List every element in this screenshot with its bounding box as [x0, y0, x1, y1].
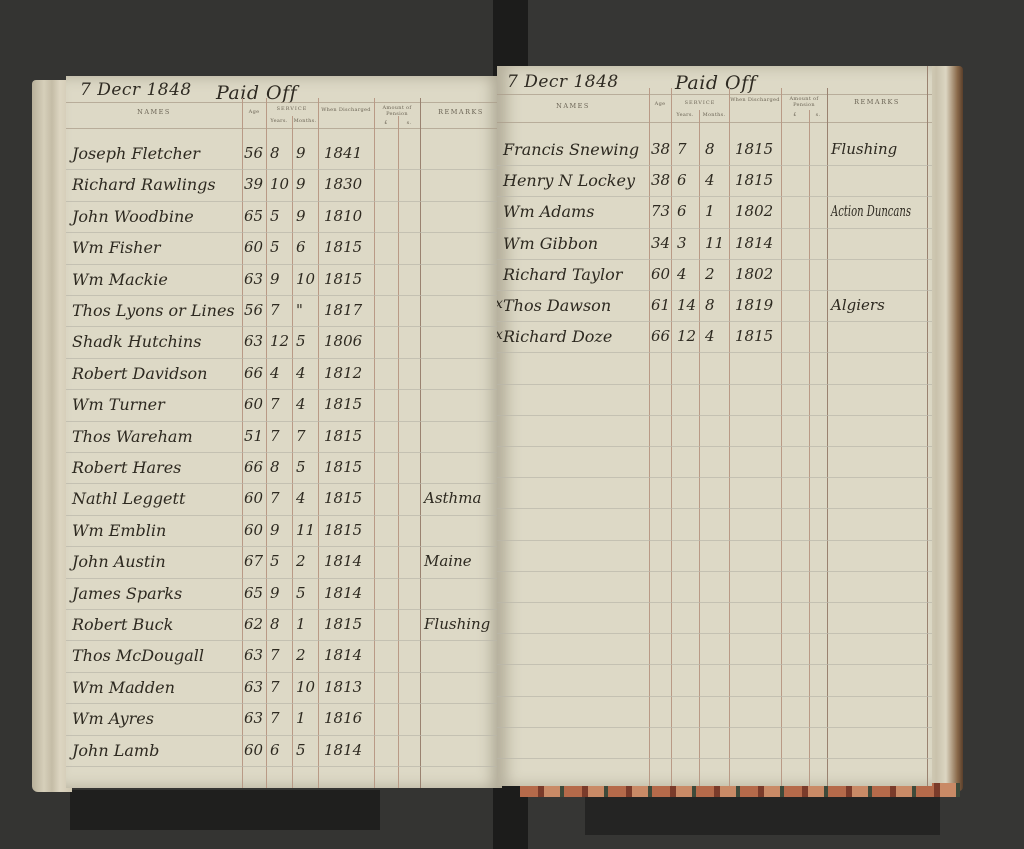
cell-name: Robert Hares: [72, 458, 181, 477]
cell-age: 60: [651, 265, 670, 283]
cell-name: Thos Wareham: [72, 427, 193, 446]
header-rule-top: [66, 102, 502, 103]
cell-remarks: Maine: [424, 552, 472, 570]
table-row: John Woodbine65591810: [66, 203, 502, 234]
cell-name: John Woodbine: [72, 207, 194, 226]
col-header-service: SERVICE: [671, 100, 729, 106]
cell-age: 63: [244, 332, 263, 350]
cell-service-years: 7: [677, 140, 687, 158]
table-row: Wm Emblin609111815: [66, 517, 502, 548]
cell-discharged: 1814: [324, 741, 362, 759]
col-header-years: Years.: [671, 112, 699, 118]
cell-service-years: 7: [270, 489, 280, 507]
table-row: Richard Rawlings391091830: [66, 171, 502, 202]
cell-service-months: 4: [705, 171, 715, 189]
col-header-pension-shillings: s.: [809, 112, 827, 118]
cell-discharged: 1812: [324, 364, 362, 382]
cell-service-years: 7: [270, 301, 280, 319]
cell-discharged: 1802: [735, 202, 773, 220]
cell-name: Thos McDougall: [72, 646, 204, 665]
table-row: Francis Snewing38781815Flushing: [497, 136, 932, 167]
col-header-names: NAMES: [497, 103, 649, 111]
col-header-amount-of-pension: Amount of Pension: [374, 105, 420, 117]
cell-service-years: 10: [270, 175, 289, 193]
cell-service-months: 11: [705, 234, 724, 252]
ledger-page-left: 7 Decr 1848 Paid Off NAMES Age SERVICE Y…: [66, 76, 502, 788]
table-row: Richard Taylor60421802: [497, 261, 932, 292]
cell-service-years: 7: [270, 427, 280, 445]
cell-discharged: 1813: [324, 678, 362, 696]
cell-remarks: Algiers: [831, 296, 885, 314]
cell-service-months: ": [296, 301, 303, 319]
cell-age: 60: [244, 489, 263, 507]
cell-service-months: 8: [705, 140, 715, 158]
cell-discharged: 1815: [324, 427, 362, 445]
cell-service-years: 7: [270, 395, 280, 413]
table-row: Nathl Leggett60741815Asthma: [66, 485, 502, 516]
cell-age: 38: [651, 140, 670, 158]
col-header-months: Months.: [292, 118, 318, 124]
ruled-line: [497, 446, 932, 447]
cell-service-months: 1: [705, 202, 715, 220]
cell-age: 63: [244, 270, 263, 288]
cell-name: Nathl Leggett: [72, 489, 185, 508]
cell-remarks: Flushing: [424, 615, 490, 633]
col-header-years: Years.: [266, 118, 292, 124]
cell-service-months: 4: [296, 364, 306, 382]
cell-service-months: 2: [296, 646, 306, 664]
table-row: John Lamb60651814: [66, 737, 502, 768]
cell-discharged: 1815: [324, 521, 362, 539]
ruled-line: [497, 696, 932, 697]
ledger-page-right: 7 Decr 1848 Paid Off NAMES Age SERVICE Y…: [497, 66, 932, 786]
table-row: Robert Buck62811815Flushing: [66, 611, 502, 642]
cell-service-months: 9: [296, 207, 306, 225]
cell-service-months: 10: [296, 270, 315, 288]
cell-service-years: 8: [270, 144, 280, 162]
table-row: Thos McDougall63721814: [66, 642, 502, 673]
cell-discharged: 1802: [735, 265, 773, 283]
cell-name: Robert Davidson: [72, 364, 207, 383]
cell-service-years: 14: [677, 296, 696, 314]
cell-age: 38: [651, 171, 670, 189]
cell-service-years: 6: [270, 741, 280, 759]
cell-service-months: 5: [296, 332, 306, 350]
col-header-when-discharged: When Discharged: [318, 107, 374, 113]
cell-service-years: 7: [270, 709, 280, 727]
cell-service-months: 1: [296, 709, 306, 727]
cell-discharged: 1815: [735, 140, 773, 158]
cell-remarks: Asthma: [424, 489, 481, 507]
cell-name: Wm Ayres: [72, 709, 154, 728]
cell-discharged: 1816: [324, 709, 362, 727]
cell-name: Wm Madden: [72, 678, 175, 697]
ruled-line: [497, 633, 932, 634]
cell-remarks: Flushing: [831, 140, 897, 158]
cell-age: 63: [244, 678, 263, 696]
col-header-age: Age: [242, 109, 266, 115]
cell-name: Thos Dawson: [503, 296, 611, 315]
col-header-when-discharged: When Discharged: [729, 97, 781, 103]
ruled-line: [497, 727, 932, 728]
cell-discharged: 1815: [324, 458, 362, 476]
table-row: Wm Gibbon343111814: [497, 230, 932, 261]
table-row: Henry N Lockey38641815: [497, 167, 932, 198]
cell-age: 67: [244, 552, 263, 570]
cell-name: Wm Adams: [503, 202, 594, 221]
cell-name: Shadk Hutchins: [72, 332, 201, 351]
cell-service-months: 4: [296, 395, 306, 413]
cell-name: John Lamb: [72, 741, 159, 760]
table-row: Joseph Fletcher56891841: [66, 140, 502, 171]
cell-age: 56: [244, 144, 263, 162]
cell-discharged: 1814: [735, 234, 773, 252]
col-header-age: Age: [649, 101, 671, 107]
header-rule-top: [497, 94, 932, 95]
cell-discharged: 1815: [324, 238, 362, 256]
ruled-line: [497, 758, 932, 759]
cell-service-months: 5: [296, 458, 306, 476]
cell-discharged: 1814: [324, 552, 362, 570]
cell-name: Wm Fisher: [72, 238, 161, 257]
cell-age: 34: [651, 234, 670, 252]
cell-service-months: 10: [296, 678, 315, 696]
cell-name: Joseph Fletcher: [72, 144, 200, 163]
cell-age: 60: [244, 238, 263, 256]
cell-discharged: 1817: [324, 301, 362, 319]
cell-service-months: 9: [296, 144, 306, 162]
cell-age: 66: [244, 458, 263, 476]
cell-discharged: 1815: [735, 327, 773, 345]
col-header-service: SERVICE: [266, 106, 318, 112]
cell-discharged: 1815: [735, 171, 773, 189]
cell-age: 60: [244, 521, 263, 539]
table-row: Wm Ayres63711816: [66, 705, 502, 736]
header-rule-bottom: [497, 122, 932, 123]
col-header-months: Months.: [699, 112, 729, 118]
table-row: Wm Fisher60561815: [66, 234, 502, 265]
cell-service-years: 6: [677, 171, 687, 189]
cell-service-years: 12: [270, 332, 289, 350]
ruled-line: [497, 602, 932, 603]
table-row: James Sparks65951814: [66, 580, 502, 611]
cell-discharged: 1810: [324, 207, 362, 225]
cell-service-years: 3: [677, 234, 687, 252]
cell-name: Wm Gibbon: [503, 234, 598, 253]
cell-discharged: 1830: [324, 175, 362, 193]
table-row: Thos Lyons or Lines567"1817: [66, 297, 502, 328]
table-row: Thos Wareham51771815: [66, 423, 502, 454]
cell-service-months: 5: [296, 741, 306, 759]
table-row: Shadk Hutchins631251806: [66, 328, 502, 359]
ruled-line: [497, 415, 932, 416]
cell-name: Wm Emblin: [72, 521, 166, 540]
table-row: Wm Mackie639101815: [66, 266, 502, 297]
cell-age: 39: [244, 175, 263, 193]
cell-service-months: 7: [296, 427, 306, 445]
cell-age: 60: [244, 741, 263, 759]
cell-service-months: 5: [296, 584, 306, 602]
ruled-line: [497, 508, 932, 509]
cell-service-years: 7: [270, 646, 280, 664]
cell-discharged: 1819: [735, 296, 773, 314]
ruled-line: [497, 571, 932, 572]
table-row: Robert Hares66851815: [66, 454, 502, 485]
cell-discharged: 1841: [324, 144, 362, 162]
cell-age: 66: [244, 364, 263, 382]
table-row: John Austin67521814Maine: [66, 548, 502, 579]
cell-service-months: 2: [296, 552, 306, 570]
cell-service-years: 8: [270, 458, 280, 476]
cell-age: 61: [651, 296, 670, 314]
cell-age: 63: [244, 709, 263, 727]
table-row: Wm Madden637101813: [66, 674, 502, 705]
col-header-names: NAMES: [66, 109, 242, 117]
cell-discharged: 1815: [324, 615, 362, 633]
book-shadow-left: [70, 790, 380, 830]
table-row: xRichard Doze661241815: [497, 323, 932, 354]
cell-service-months: 8: [705, 296, 715, 314]
col-header-remarks: REMARKS: [827, 99, 927, 107]
cell-discharged: 1814: [324, 584, 362, 602]
cell-discharged: 1815: [324, 395, 362, 413]
ruled-line: [497, 477, 932, 478]
cell-service-years: 4: [677, 265, 687, 283]
cell-service-months: 11: [296, 521, 315, 539]
cell-service-years: 4: [270, 364, 280, 382]
cell-name: Richard Taylor: [503, 265, 622, 284]
cell-age: 60: [244, 395, 263, 413]
cell-age: 56: [244, 301, 263, 319]
cell-age: 62: [244, 615, 263, 633]
table-row: Wm Adams73611802Action Duncans: [497, 198, 932, 229]
cell-discharged: 1806: [324, 332, 362, 350]
page-title: Paid Off: [675, 72, 756, 94]
col-header-pension-pounds: £: [374, 120, 398, 126]
cell-age: 66: [651, 327, 670, 345]
page-title: Paid Off: [216, 82, 297, 104]
cell-service-months: 6: [296, 238, 306, 256]
cell-service-years: 7: [270, 678, 280, 696]
cell-age: 51: [244, 427, 263, 445]
cell-service-months: 4: [296, 489, 306, 507]
ruled-line: [497, 664, 932, 665]
cell-service-years: 5: [270, 207, 280, 225]
header-rule-bottom: [66, 128, 502, 129]
col-header-amount-of-pension: Amount of Pension: [781, 96, 827, 108]
cell-service-years: 12: [677, 327, 696, 345]
cell-discharged: 1815: [324, 489, 362, 507]
col-header-pension-pounds: £: [781, 112, 809, 118]
cell-service-years: 9: [270, 270, 280, 288]
cell-age: 65: [244, 207, 263, 225]
ruled-line: [497, 540, 932, 541]
cell-service-years: 5: [270, 238, 280, 256]
cell-name: Henry N Lockey: [503, 171, 635, 190]
cell-service-years: 9: [270, 521, 280, 539]
table-row: Robert Davidson66441812: [66, 360, 502, 391]
cell-service-months: 4: [705, 327, 715, 345]
cell-name: Richard Doze: [503, 327, 612, 346]
cell-name: John Austin: [72, 552, 166, 571]
cell-service-months: 1: [296, 615, 306, 633]
cell-service-years: 6: [677, 202, 687, 220]
cell-remarks: Action Duncans: [831, 202, 911, 220]
cell-service-months: 9: [296, 175, 306, 193]
cell-service-years: 5: [270, 552, 280, 570]
cell-name: Thos Lyons or Lines: [72, 301, 235, 320]
page-date: 7 Decr 1848: [80, 80, 192, 100]
cell-name: Wm Turner: [72, 395, 165, 414]
cell-name: Richard Rawlings: [72, 175, 216, 194]
cell-discharged: 1815: [324, 270, 362, 288]
cell-service-years: 9: [270, 584, 280, 602]
cell-name: Francis Snewing: [503, 140, 639, 159]
ruled-line: [497, 384, 932, 385]
cell-age: 65: [244, 584, 263, 602]
cell-service-months: 2: [705, 265, 715, 283]
col-header-pension-shillings: s.: [398, 120, 420, 126]
cell-name: Robert Buck: [72, 615, 173, 634]
cell-age: 63: [244, 646, 263, 664]
cell-age: 73: [651, 202, 670, 220]
table-row: xThos Dawson611481819Algiers: [497, 292, 932, 323]
col-header-remarks: REMARKS: [420, 109, 502, 117]
cell-name: James Sparks: [72, 584, 182, 603]
cell-name: Wm Mackie: [72, 270, 168, 289]
page-date: 7 Decr 1848: [507, 72, 619, 92]
cell-service-years: 8: [270, 615, 280, 633]
table-row: Wm Turner60741815: [66, 391, 502, 422]
cell-discharged: 1814: [324, 646, 362, 664]
